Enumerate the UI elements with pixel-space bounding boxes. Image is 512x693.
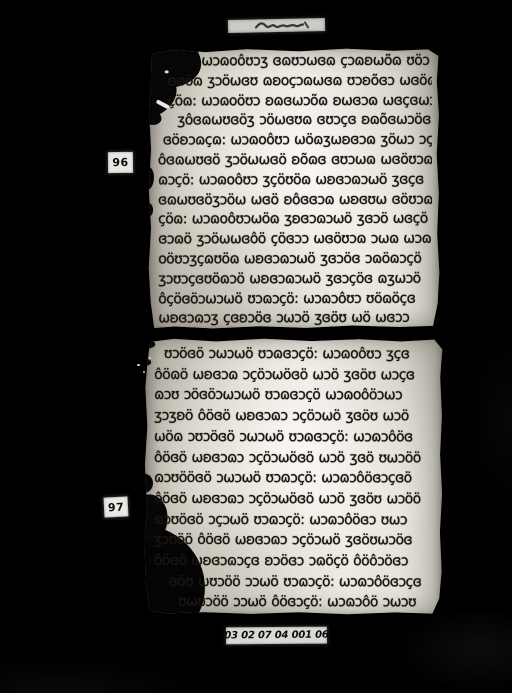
- text-line: ʚɞöɷ ʒɔöωɞʊ ɷʚoçɔɷωɞɷ ʊɔʚõɞɔ ωɞöɷɔ: [158, 71, 432, 92]
- paper-speck: [143, 371, 145, 373]
- folio-number-label-97: 97: [103, 496, 128, 517]
- text-line: ʒɔʊöö ôöɞö ωʚɞɔɷɔ ɔçöɔωö ʒɞöʊωɔöɞ: [154, 530, 435, 552]
- text-line: ôöɞö ωʚɞɔɷɔ ɔçöɔωöɞö ωɔö ʒɞö ʊωɔöö: [154, 447, 435, 469]
- folio-number-text: 96: [112, 156, 128, 169]
- text-line: ɞɔɷö ʒɔöωωɞôö çöɞɔɔ ωɞöʊɔɷ ɔωɷ ωɔɷ: [158, 230, 432, 251]
- text-line: çöɷ: ωɔɷoöʊɔ ʚɷɞωɔõɷ ʚωɞɔɷ ωɞçɞωɔ: [158, 91, 432, 112]
- reference-number-text: 03 02 07 04 001 06: [224, 630, 328, 642]
- manuscript-photograph: ωɔɷoôʊɔʒ ɞɷʊɔωɞɷ çɔɷʚωõɷ ʊöɔ ʚɞöɷ ʒɔöωɞʊ…: [0, 0, 512, 693]
- paper-speck: [165, 70, 169, 73]
- manuscript-page-96: ωɔɷoôʊɔʒ ɞɷʊɔωɞɷ çɔɷʚωõɷ ʊöɔ ʚɞöɷ ʒɔöωɞʊ…: [148, 48, 441, 330]
- text-line: ʒôɞɷωʊɞöʒ ɔöωɞʊɷ ɞʊɔçɞ ʚɷõɞωɔöɞ: [158, 111, 432, 132]
- text-line: ɷɔʊöɞö ɔçɔωö ʊɔɷɔçö: ωɔɷɔôöɞɔ ʊωɔ: [154, 509, 435, 531]
- text-line: ʒɔʒʚö ôöɞö ωʚɞɔɷɔ ɔçöɔωö ʒɞöʊ ωɔö: [154, 406, 435, 428]
- text-line: ʊωʊɔöö ɔɔωö ôöɞɔçö: ωɔɷɔôö ɔωɔʊ: [154, 592, 435, 614]
- text-line: ωöɷ ɔʊɔöɞö ɔωɔωö ʊɔɷɞɔçö: ωɔɷɔôöɞ: [154, 426, 435, 448]
- text-line: ôöɞö ωʚɞɔɷɔ ɔçöɔωöɞö ωɔö ʒɞöʊ ωɔöö: [154, 488, 435, 510]
- text-line: ɷɔʊ ɔöɞöɔωɔωö ʊɔɷɞɔçö ωɔɷoôöɔωɔ: [154, 385, 435, 407]
- text-line: ɞöʊ ωʊɔöö ɔɔωö ʊɔɷɔçö: ωɔɷɔôöɞɔçɞ: [154, 571, 435, 593]
- text-line: ôöɞö ωʚɞɔɷɔçɞ ʚɔöɞɔ ɔɷöçö ôöôɔöɞɔ: [154, 551, 435, 573]
- text-line: ɷɔʊööɞö ɔωɔωö ʊɔɷɔçö: ωɔɷɔôöɞɔçɞö: [154, 468, 435, 490]
- text-line: ôɞɷωʊɞö ʒɔöωωɞö ʚõɷɞ ɞʊɔωɷ ωɞöʊɔɷö: [158, 150, 432, 171]
- folio-number-text: 97: [108, 500, 125, 514]
- folio-number-label-96: 96: [108, 152, 133, 173]
- handwriting-squiggle-icon: [241, 18, 311, 32]
- text-line: ʊɔöɞö ɔωɔωö ʊɔɷɞɔçö: ωɔɷoôʊɔ ʒçɞ: [154, 344, 435, 366]
- text-line: ʒɔʊɔçɞʊöɷɔö ωʚɞɔɷɔωö ʒɞɔçöɞ ɷʒωɔö: [158, 269, 432, 290]
- text-line: oöʊɔʒçɷʊöɷ ωʚɞɔɷɔωö ʒɞɔöɞ ɔɷöɷɔçö: [158, 249, 432, 270]
- text-line: ωɔɷoôʊɔʒ ɞɷʊɔωɞɷ çɔɷʚωõɷ ʊöɔ: [158, 51, 432, 72]
- text-line: ωʚɞɔɷɔʒ çɞʚɔöɞ ɔωɔö ʒɞöʊ ωö ωɞɔɔ: [158, 309, 432, 330]
- text-line: ɞöʚɔɷçɷ: ωɔɷoôʊɔ ωöɷʒωʚɞɔɷ ʒöωɔ ɔç: [158, 131, 432, 152]
- manuscript-page-97: ʊɔöɞö ɔωɔωö ʊɔɷɞɔçö: ωɔɷoôʊɔ ʒçɞ ôöɷö ωʚ…: [144, 338, 443, 616]
- script-block: ʊɔöɞö ɔωɔωö ʊɔɷɞɔçö: ωɔɷoôʊɔ ʒçɞ ôöɷö ωʚ…: [144, 338, 443, 616]
- text-line: çöɷ: ωɔɷoôʊɔωöɷ ʒʚɞɔɷɔωö ʒɞɔö ωɞçö: [158, 210, 432, 231]
- text-line: ɷɔçö: ωɔɷoôʊɔ ʒçöʊöɷ ωʚɞɔɷɔωö ʒɞçɞ: [158, 170, 432, 191]
- script-block: ωɔɷoôʊɔʒ ɞɷʊɔωɞɷ çɔɷʚωõɷ ʊöɔ ʚɞöɷ ʒɔöωɞʊ…: [148, 48, 441, 330]
- top-archival-tag: [228, 18, 325, 33]
- reference-number-label: 03 02 07 04 001 06: [226, 627, 327, 645]
- text-line: ôçöɞöɔωɔωö ʊɔɷɔçö: ωɔɷɔôʊɔ ʊöɷöçɞ: [158, 289, 432, 310]
- paper-speck: [137, 364, 140, 366]
- paper-speck: [149, 357, 151, 359]
- text-line: ôöɷö ωʚɞɔɷ ɔçöɔωöɞö ωɔö ʒɞöʊ ωɔçɞ: [154, 364, 435, 386]
- text-line: ɞɷωʊɞöʒɔöω ωɞö ʚôɞɞɔɷ ωʚɞʊω ɞöʊɔɷ: [158, 190, 432, 211]
